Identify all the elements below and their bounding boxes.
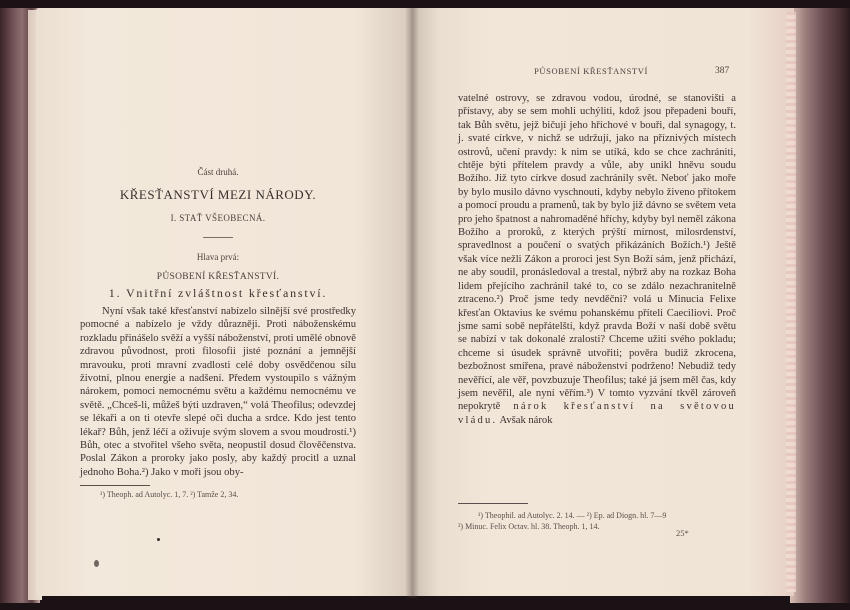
body-paragraph: vatelné ostrovy, se zdravou vodou, úrodn… [458, 92, 736, 427]
paper-speck [157, 538, 160, 541]
footnote: ¹) Theoph. ad Autolyc. 1, 7. ²) Tamže 2,… [80, 490, 356, 499]
chapter-label: Hlava prvá: [80, 252, 356, 262]
book-gutter [405, 8, 419, 598]
main-title: KŘESŤANSTVÍ MEZI NÁRODY. [80, 187, 356, 203]
paragraph-text: vatelné ostrovy, se zdravou vodou, úrodn… [458, 93, 736, 412]
page-number: 387 [715, 66, 729, 76]
section-title: I. STAŤ VŠEOBECNÁ. [80, 213, 356, 223]
left-page-content: Část druhá. KŘESŤANSTVÍ MEZI NÁRODY. I. … [80, 165, 356, 499]
footnote-rule [80, 485, 150, 486]
running-head: PŮSOBENÍ KŘESŤANSTVÍ [456, 66, 726, 76]
right-page-edge [786, 12, 796, 592]
paragraph-continuation: Avšak nárok [497, 415, 552, 426]
subsection-heading: 1. Vnitřní zvláštnost křesťanství. [80, 286, 356, 301]
ornament-rule [203, 237, 233, 238]
paper-speck [94, 560, 99, 567]
book-cover-right [790, 8, 850, 603]
body-paragraph: Nyní však také křesťanství nabízelo siln… [80, 305, 356, 479]
right-page-content: vatelné ostrovy, se zdravou vodou, úrodn… [458, 92, 736, 427]
signature-mark: 25* [676, 528, 689, 538]
part-label: Část druhá. [80, 167, 356, 177]
footnote-rule [458, 503, 528, 504]
chapter-title: PŮSOBENÍ KŘESŤANSTVÍ. [80, 272, 356, 282]
footnote-line: ³) Minuc. Felix Octav. hl. 38. Theoph. 1… [458, 521, 748, 532]
footnote-line: ¹) Theophil. ad Autolyc. 2. 14. — ²) Ep.… [458, 510, 748, 521]
right-footnotes: ¹) Theophil. ad Autolyc. 2. 14. — ²) Ep.… [458, 503, 748, 532]
